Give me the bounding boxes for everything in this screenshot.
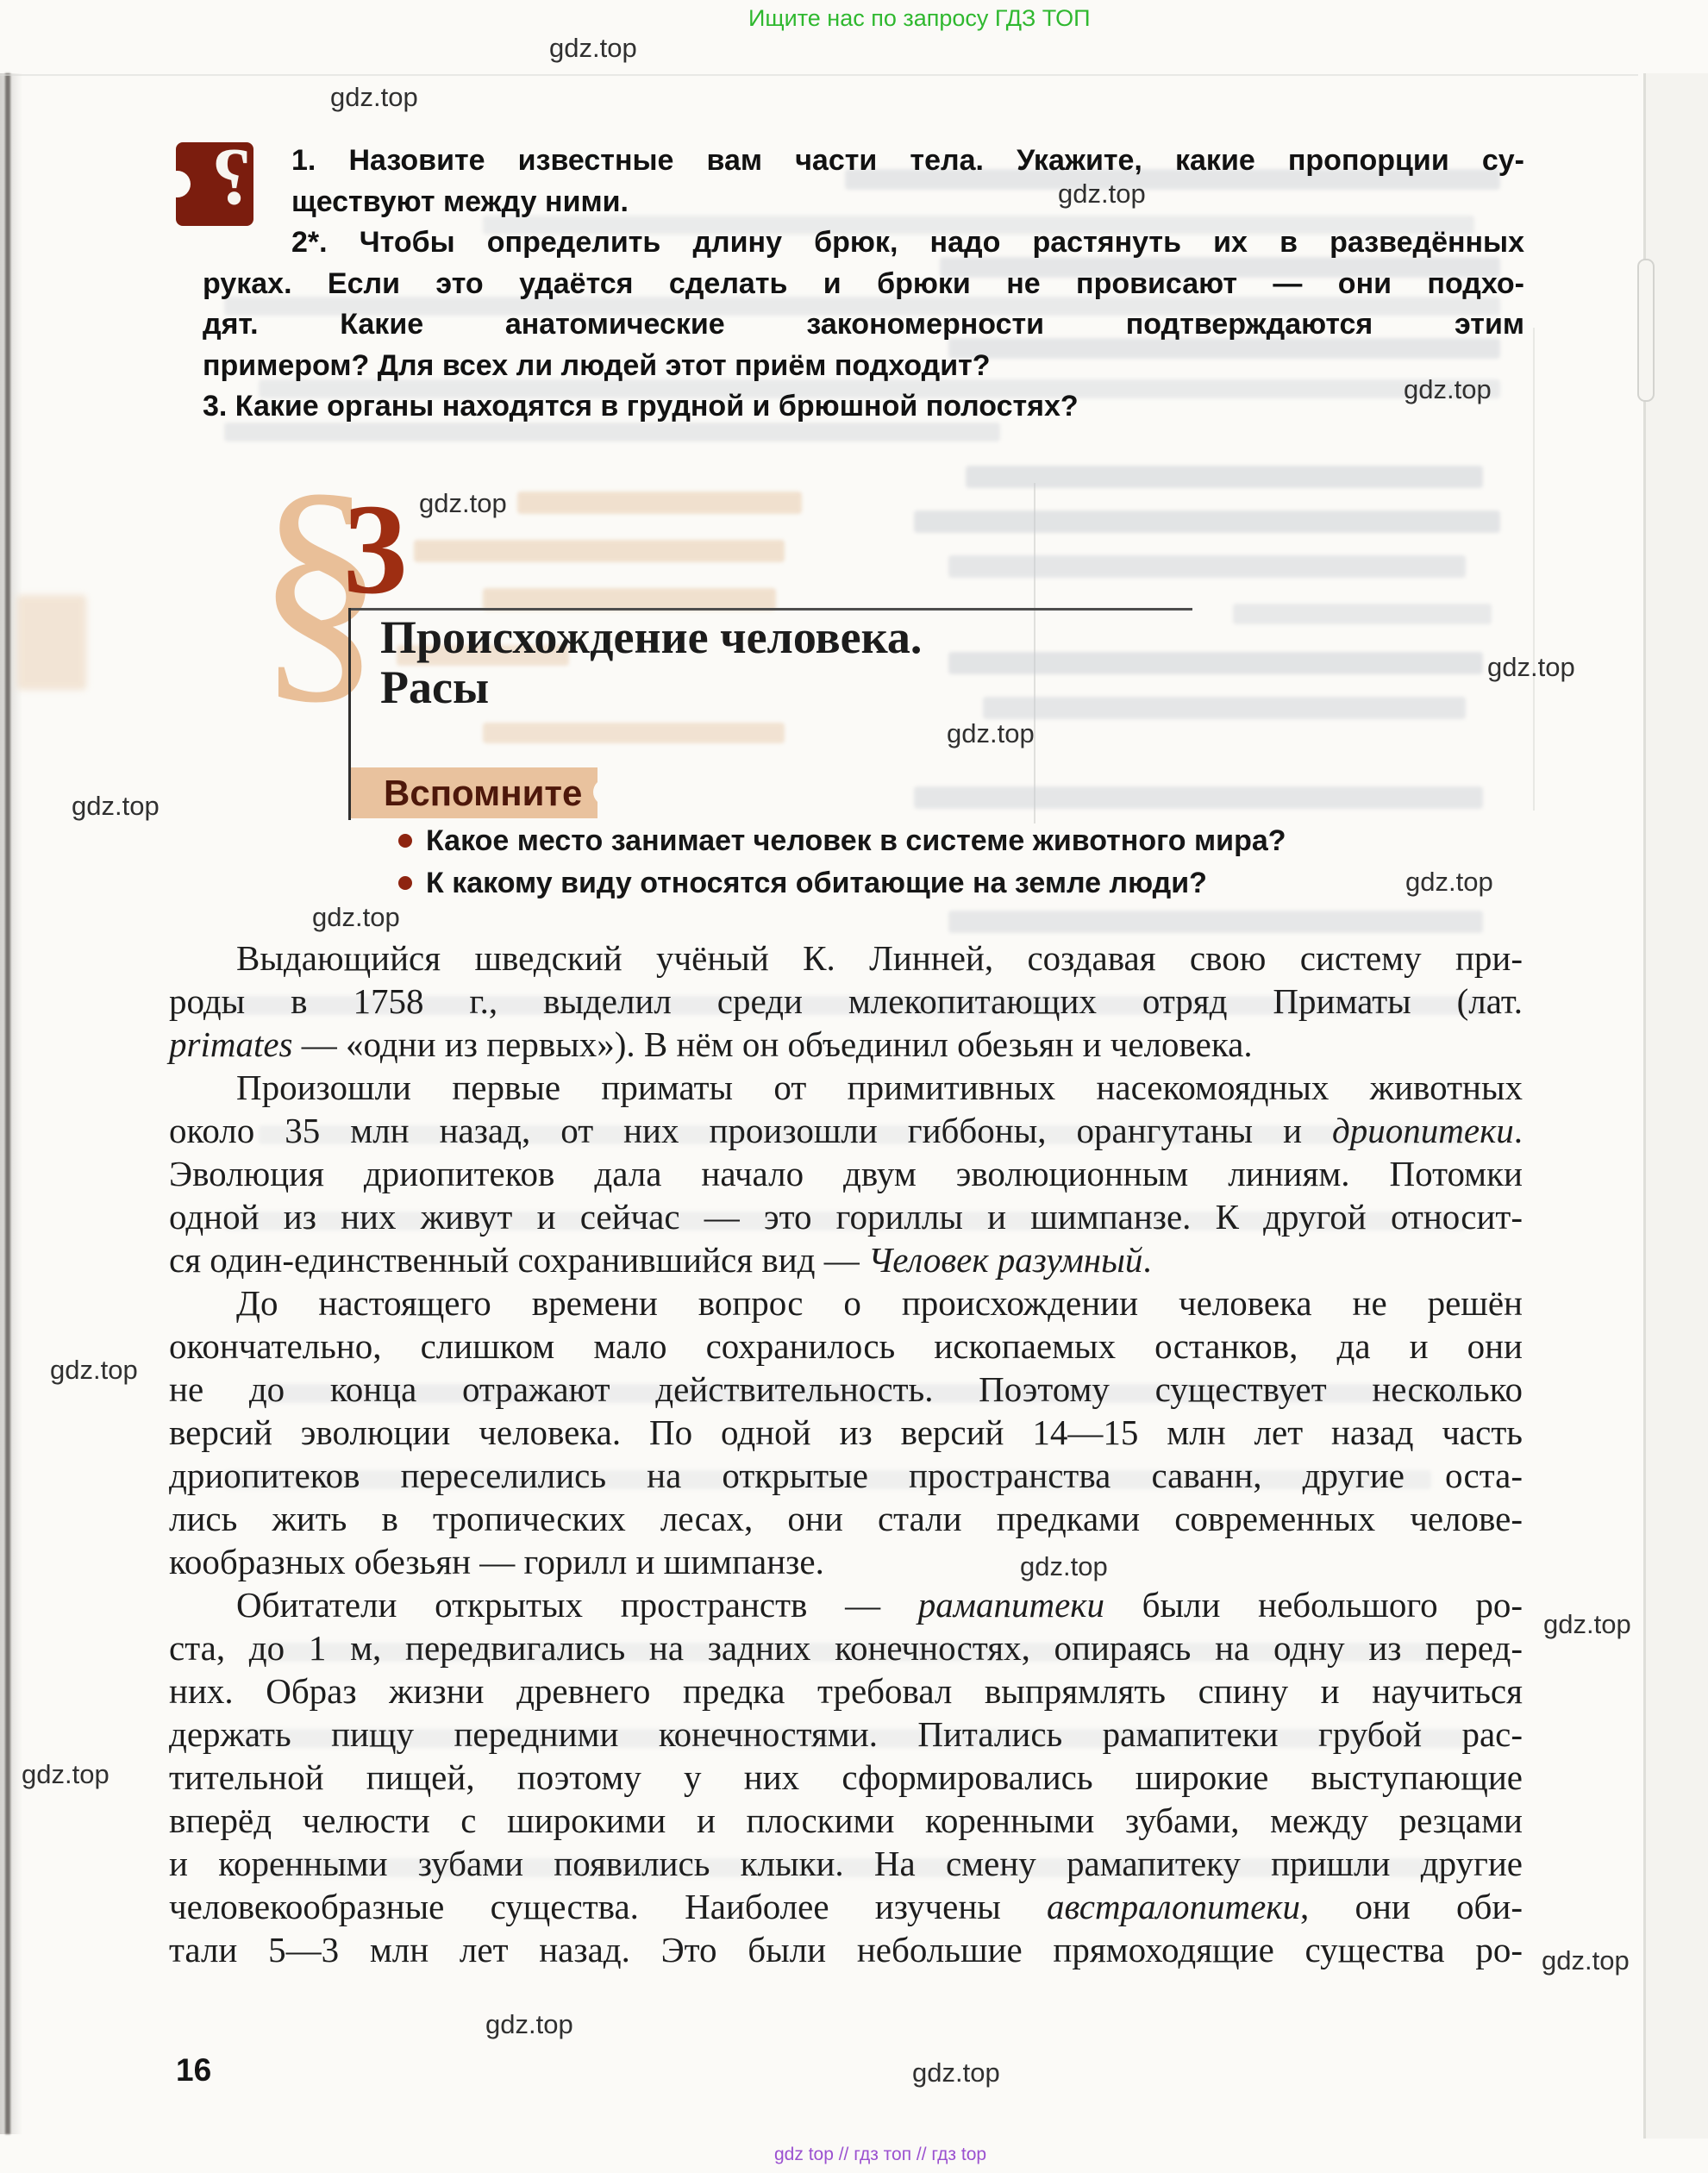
question-line: ществуют между ними.: [291, 182, 1524, 223]
bleedthrough-text-ghost: [966, 466, 1483, 488]
scanned-textbook-page: Ищите нас по запросу ГДЗ ТОП gdz.topgdz.…: [0, 0, 1708, 2173]
bleedthrough-text-ghost: [948, 652, 1483, 674]
bleedthrough-text-ghost: [948, 555, 1466, 578]
gdz-watermark: gdz.top: [312, 902, 400, 933]
bullet-dot-icon: [398, 876, 412, 890]
body-line: ста, до 1 м, передвигались на задних кон…: [169, 1626, 1523, 1669]
bleedthrough-text-ghost: [948, 911, 1483, 933]
page-top-edge: [0, 74, 1638, 76]
gdz-watermark: gdz.top: [419, 488, 507, 519]
body-line: Выдающийся шведский учёный К. Линней, со…: [169, 936, 1523, 980]
bleedthrough-text-ghost: [914, 786, 1483, 809]
question-line: 3. Какие органы находятся в грудной и бр…: [203, 386, 1524, 428]
bleedthrough-text-ghost: [983, 697, 1466, 719]
body-line: тительной пищей, поэтому у них сформиров…: [169, 1756, 1523, 1799]
remember-banner: Вспомните: [351, 767, 597, 818]
body-line: окончательно, слишком мало сохранилось и…: [169, 1324, 1523, 1368]
question-line: дят. Какие анатомические закономерности …: [203, 304, 1524, 346]
puzzle-notch: [164, 171, 191, 197]
paper-fold-line: [1533, 328, 1535, 811]
bleedthrough-text-ghost: [414, 540, 785, 562]
page-right-margin-paper: [1646, 73, 1708, 2139]
section-title-line: Происхождение человека.: [380, 612, 922, 662]
body-line: одной из них живут и сейчас — это горилл…: [169, 1195, 1523, 1238]
bleedthrough-text-ghost: [517, 492, 802, 514]
question-line: примером? Для всех ли людей этот приём п…: [203, 346, 1524, 387]
remember-label: Вспомните: [351, 767, 597, 818]
body-line: не до конца отражают действительность. П…: [169, 1368, 1523, 1411]
gdz-watermark: gdz.top: [50, 1355, 138, 1386]
gdz-watermark: gdz.top: [1543, 1609, 1631, 1640]
page-number: 16: [176, 2052, 211, 2088]
book-spine-line: [5, 73, 10, 2134]
section-title-line: Расы: [380, 662, 922, 712]
gdz-watermark: gdz.top: [912, 2057, 1000, 2088]
body-line: Обитатели открытых пространств — рамапит…: [169, 1583, 1523, 1626]
section-rule-horizontal: [349, 608, 1192, 611]
body-text: Выдающийся шведский учёный К. Линней, со…: [169, 936, 1523, 1971]
book-spine-shadow: [0, 73, 22, 2134]
banner-notch: [593, 779, 620, 805]
site-promo-header: Ищите нас по запросу ГДЗ ТОП: [748, 5, 1091, 32]
bleedthrough-text-ghost: [17, 595, 86, 690]
bleedthrough-text-ghost: [1233, 604, 1492, 624]
gdz-watermark: gdz.top: [549, 33, 637, 64]
body-line: Произошли первые приматы от примитивных …: [169, 1066, 1523, 1109]
body-line: человекообразные существа. Наиболее изуч…: [169, 1885, 1523, 1928]
site-promo-footer: gdz top // гдз топ // гдз top: [774, 2145, 986, 2165]
body-line: держать пищу передними конечностями. Пит…: [169, 1713, 1523, 1756]
section-title: Происхождение человека.Расы: [380, 612, 922, 712]
questions-lines: 1. Назовите известные вам части тела. Ук…: [203, 141, 1524, 428]
body-line: вперёд челюсти с широкими и плоскими кор…: [169, 1799, 1523, 1842]
remember-bullet: К какому виду относятся обитающие на зем…: [398, 862, 1467, 905]
bullet-text: Какое место занимает человек в системе ж…: [426, 820, 1286, 862]
remember-bullets: Какое место занимает человек в системе ж…: [398, 820, 1467, 905]
gdz-watermark: gdz.top: [485, 2009, 573, 2040]
question-line: 1. Назовите известные вам части тела. Ук…: [291, 141, 1524, 182]
body-line: тали 5—3 млн лет назад. Это были небольш…: [169, 1928, 1523, 1971]
paper-tear-sliver: [1637, 259, 1655, 402]
bullet-text: К какому виду относятся обитающие на зем…: [426, 862, 1207, 905]
review-questions: 1. Назовите известные вам части тела. Ук…: [203, 141, 1524, 428]
bullet-dot-icon: [398, 834, 412, 848]
body-line: До настоящего времени вопрос о происхожд…: [169, 1281, 1523, 1324]
gdz-watermark: gdz.top: [22, 1759, 109, 1790]
body-line: около 35 млн назад, от них произошли гиб…: [169, 1109, 1523, 1152]
question-line: руках. Если это удаётся сделать и брюки …: [203, 264, 1524, 305]
gdz-watermark: gdz.top: [1542, 1945, 1630, 1976]
body-line: кообразных обезьян — горилл и шимпанзе.: [169, 1540, 1523, 1583]
body-line: них. Образ жизни древнего предка требова…: [169, 1669, 1523, 1713]
body-line: primates — «одни из первых»). В нём он о…: [169, 1023, 1523, 1066]
question-line: 2*. Чтобы определить длину брюк, надо ра…: [291, 222, 1524, 264]
body-line: дриопитеков переселились на открытые про…: [169, 1454, 1523, 1497]
body-line: Эволюция дриопитеков дала начало двум эв…: [169, 1152, 1523, 1195]
remember-bullet: Какое место занимает человек в системе ж…: [398, 820, 1467, 862]
gdz-watermark: gdz.top: [330, 82, 418, 113]
body-line: и коренными зубами появились клыки. На с…: [169, 1842, 1523, 1885]
gdz-watermark: gdz.top: [947, 718, 1035, 749]
body-line: лись жить в тропических лесах, они стали…: [169, 1497, 1523, 1540]
body-line: роды в 1758 г., выделил среди млекопитаю…: [169, 980, 1523, 1023]
gdz-watermark: gdz.top: [1487, 652, 1575, 683]
section-number: 3: [343, 485, 408, 614]
body-line: ся один-единственный сохранившийся вид —…: [169, 1238, 1523, 1281]
body-line: версий эволюции человека. По одной из ве…: [169, 1411, 1523, 1454]
gdz-watermark: gdz.top: [72, 791, 160, 822]
bleedthrough-text-ghost: [914, 510, 1500, 533]
bleedthrough-text-ghost: [483, 723, 785, 743]
